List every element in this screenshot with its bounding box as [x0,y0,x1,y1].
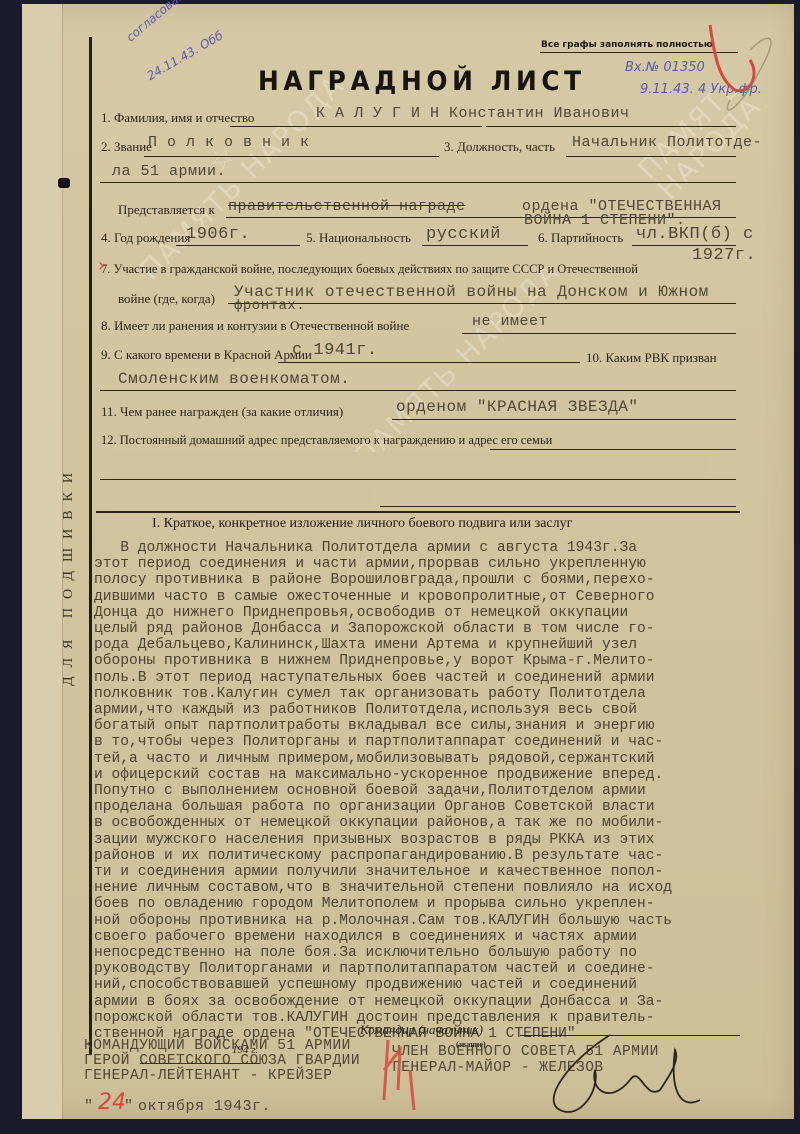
date-day: 24 [98,1090,126,1115]
date-quote-close: " [124,1098,134,1115]
field-7-label: 7. Участие в гражданской войне, последую… [101,262,638,277]
field-4-label: 4. Год рождения [101,230,190,246]
date-month-year: октября 1943г. [138,1098,271,1115]
field-2-label: 2. Звание [101,139,152,155]
red-pencil-mark-icon [690,20,790,130]
section-1-title: I. Краткое, конкретное изложение личного… [152,516,572,532]
field-5-label: 5. Национальность [306,230,411,246]
signature-icon [510,1030,770,1130]
punch-hole [58,178,70,188]
field-11-label: 11. Чем ранее награжден (за какие отличи… [101,404,343,420]
commander-rank: ГЕРОЙ СОВЕТСКОГО СОЮЗА ГВАРДИИ [84,1053,360,1069]
nominated-label: Представляется к [118,202,215,218]
page-title: НАГРАДНОЙ ЛИСТ [258,66,586,97]
field-7-label-cont: войне (где, когда) [118,291,215,307]
field-3-value-cont: ла 51 армии. [112,163,226,180]
date-quote-open: " [84,1098,94,1115]
field-3-label: 3. Должность, часть [444,139,555,155]
commander-title: КОМАНДУЮЩИЙ ВОЙСКАМИ 51 АРМИИ [84,1038,351,1054]
field-8-value: не имеет [472,313,548,330]
red-tick-icon: › [98,255,105,276]
field-5-value: русский [426,225,501,244]
field-6-value-cont: 1927г. [692,246,756,265]
field-12-label: 12. Постоянный домашний адрес представля… [101,433,552,448]
nominated-struck-text: правительственной награде [228,198,466,215]
field-10-label: 10. Каким РВК призван [586,350,717,366]
field-11-value: орденом "КРАСНАЯ ЗВЕЗДА" [396,398,638,416]
commander-name: ГЕНЕРАЛ-ЛЕЙТЕНАНТ - КРЕЙЗЕР [84,1068,332,1084]
field-6-value: чл.ВКП(б) с [636,225,754,244]
field-3-value: Начальник Политотде- [572,134,762,151]
red-pencil-mark-icon [370,1030,440,1120]
field-7-value-cont: фронтах. [234,298,305,314]
field-9-value: с 1941г. [292,341,378,360]
margin-rule [89,37,92,1055]
section-1-body: В должности Начальника Политотдела армии… [94,540,784,1042]
fill-instruction: Все графы заполнять полностью [541,40,713,50]
field-6-label: 6. Партийность [538,230,623,246]
field-10-value: Смоленским военкоматом. [118,370,350,388]
field-9-label: 9. С какого времени в Красной Армии [101,347,312,363]
field-1-value: К А Л У Г И Н Константин Иванович [316,105,630,122]
field-1-label: 1. Фамилия, имя и отчество [101,110,254,126]
field-8-label: 8. Имеет ли ранения и контузии в Отечест… [101,318,409,334]
field-4-value: 1906г. [186,225,250,244]
binding-label: ДЛЯ ПОДШИВКИ [52,420,86,730]
redacted-address [112,481,374,507]
field-2-value: П о л к о в н и к [148,134,310,151]
redacted-address [112,452,710,478]
year-form: 194 г. [232,1044,258,1056]
